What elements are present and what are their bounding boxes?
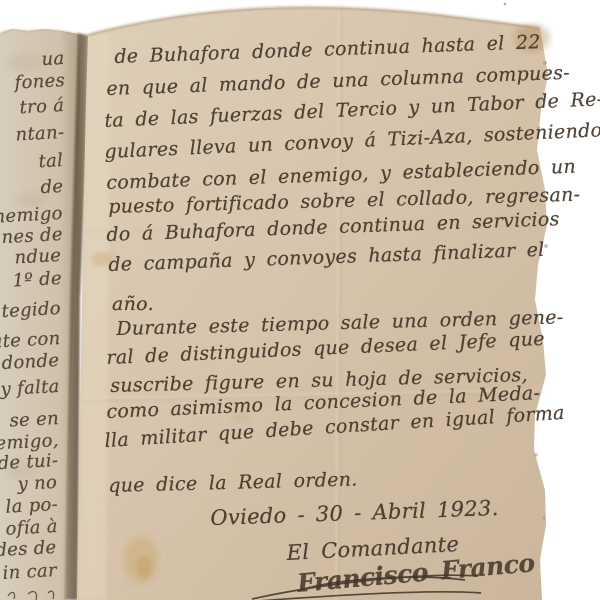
left-page-text-fragment: ate con [0, 328, 61, 353]
left-page-text-fragment: ofía à [5, 516, 58, 540]
left-page-text-fragment: ua [41, 48, 65, 70]
left-page-text-fragment: in car [2, 560, 57, 584]
left-page-text-fragment: a donde [0, 350, 60, 375]
left-page-text-fragment: y no [18, 472, 59, 495]
left-page-text-fragment: fones [14, 70, 66, 94]
left-page-text-fragment: 1º de [12, 268, 62, 292]
left-page-text-fragment: se en [9, 408, 59, 432]
handwriting-line: año. [112, 293, 154, 315]
left-page-text-fragment: tro á [19, 95, 65, 118]
left-page-text-fragment: y falta [0, 376, 60, 400]
left-page-text-fragment: tal [38, 150, 64, 172]
left-page-text-fragment: , de tui- [0, 450, 59, 475]
left-page-text-fragment: de [40, 176, 64, 198]
left-page-text-fragment: la po- [5, 494, 58, 518]
left-page-text-fragment: ndue [15, 245, 63, 268]
left-page-text-fragment: tegido [1, 298, 61, 322]
left-page-text-fragment: ntan- [15, 122, 65, 146]
scanned-letter-photo: de Buhafora donde continua hasta el 22 e… [0, 0, 600, 600]
